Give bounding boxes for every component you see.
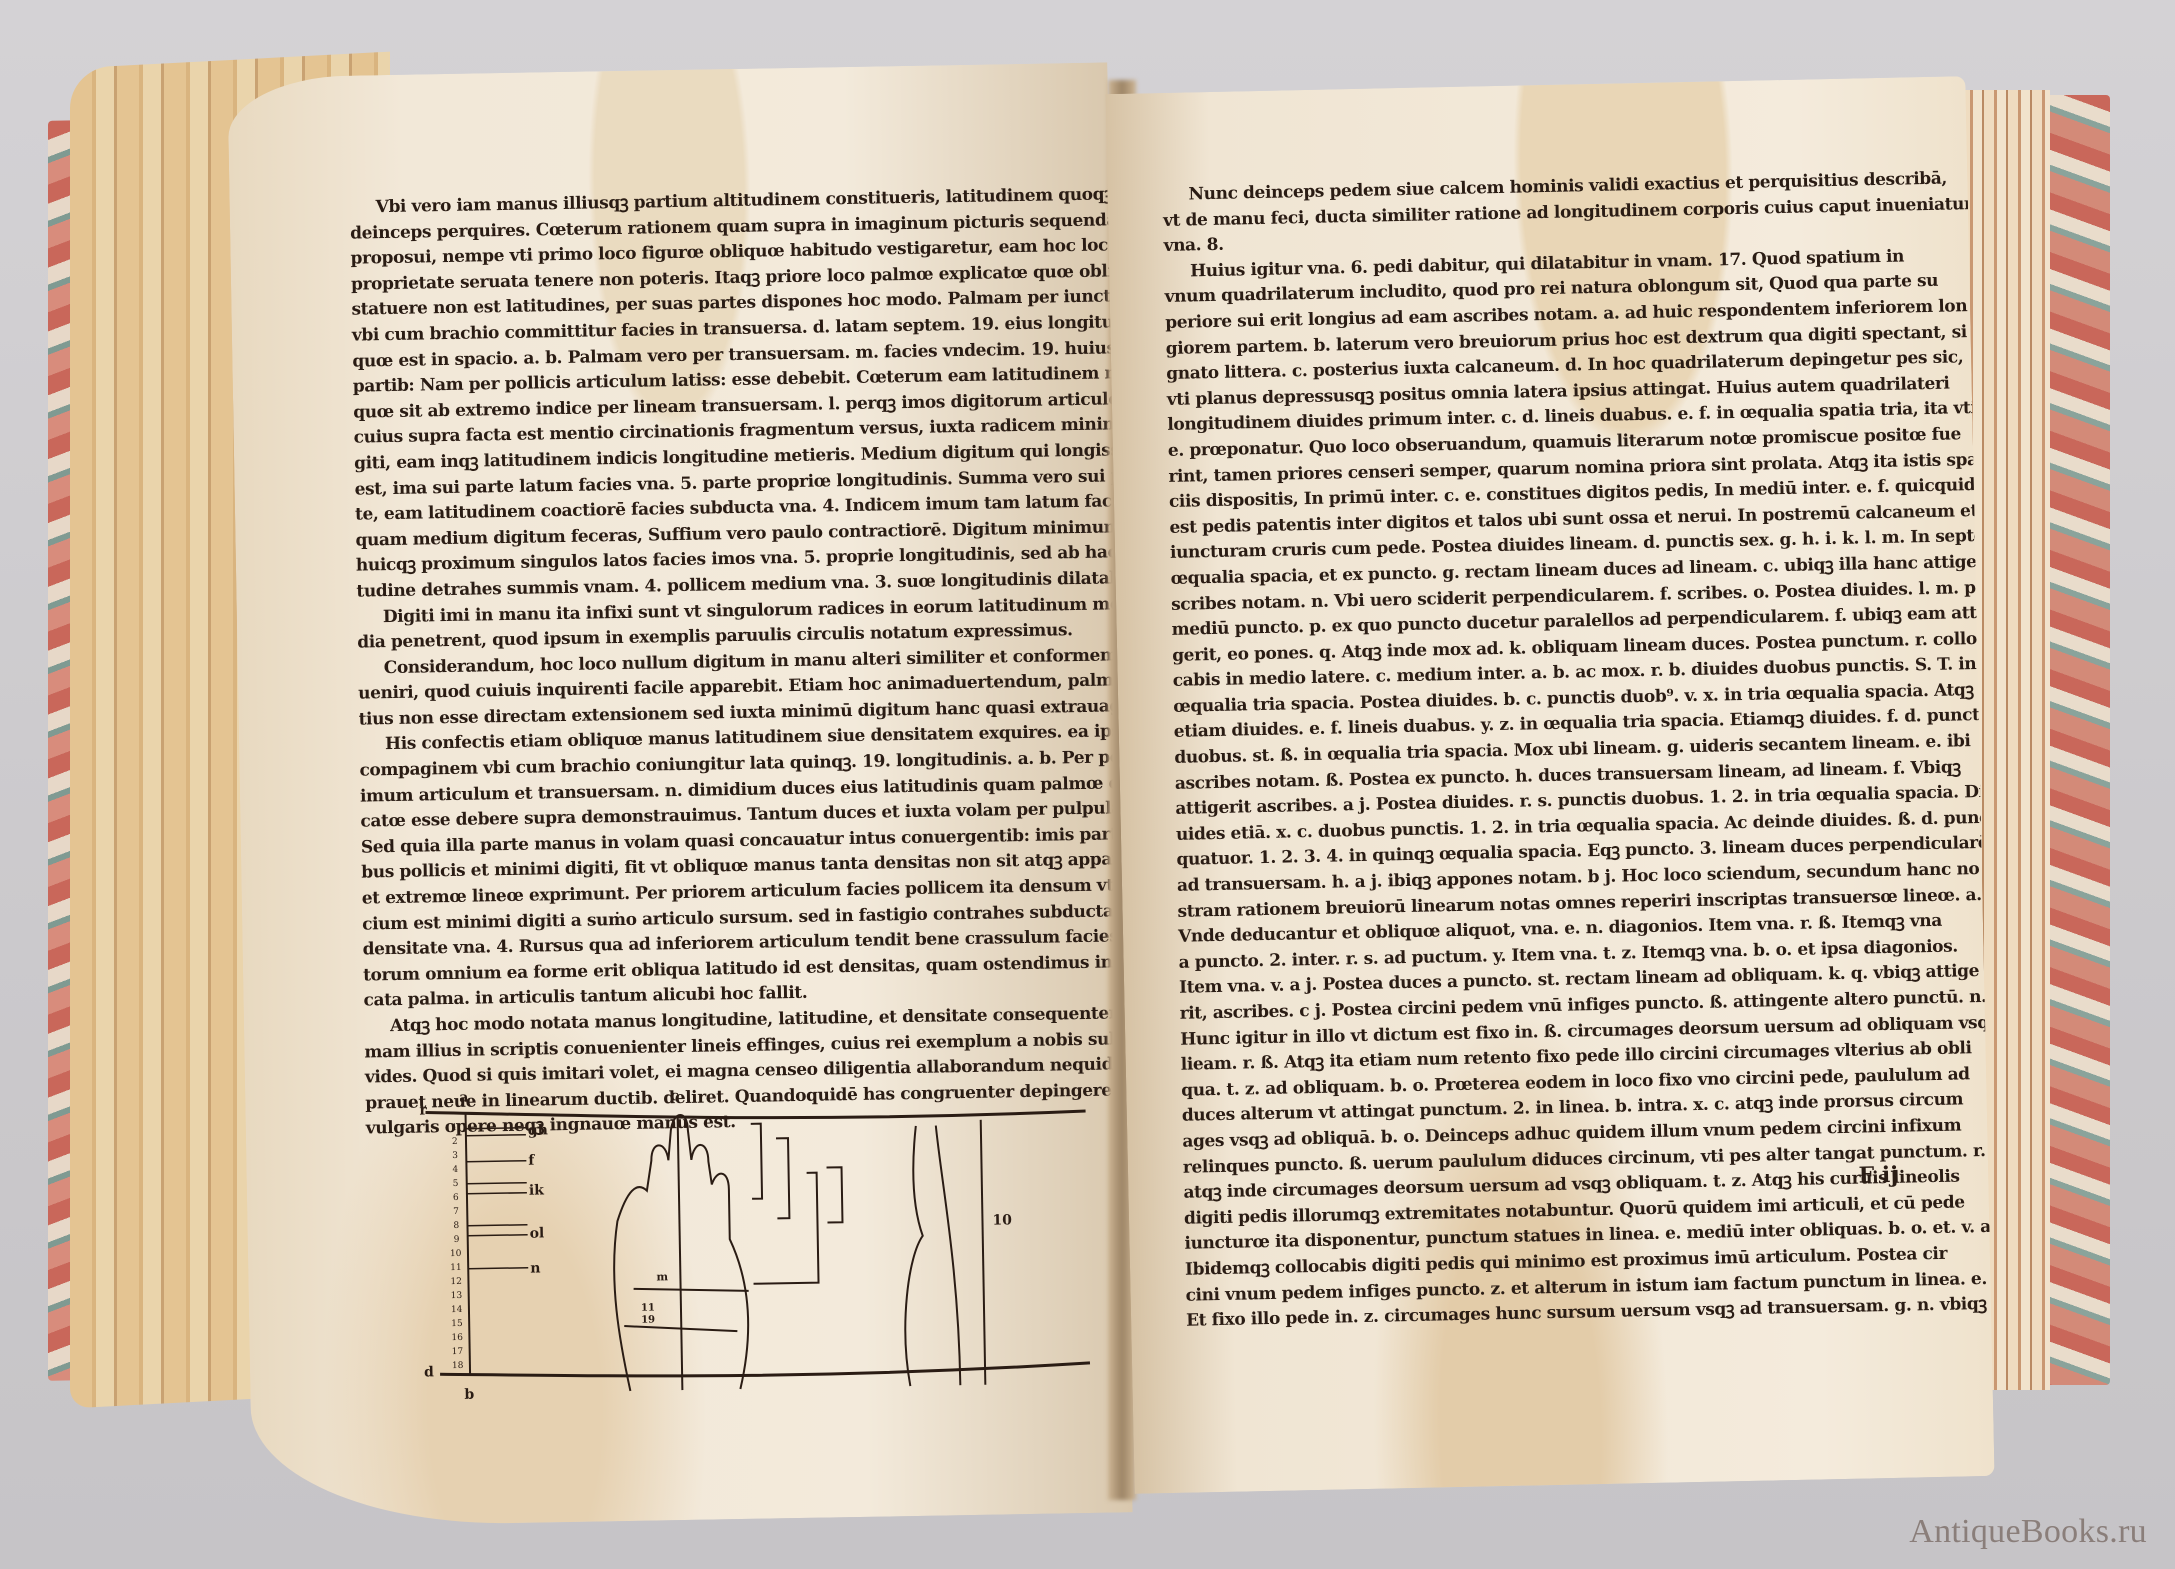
svg-text:10: 10 (992, 1212, 1012, 1228)
svg-text:11: 11 (641, 1303, 655, 1314)
svg-text:16: 16 (451, 1333, 463, 1343)
svg-text:ik: ik (529, 1182, 545, 1198)
figure-letter-d: d (424, 1364, 434, 1380)
svg-text:f: f (528, 1153, 535, 1169)
signature-mark: F ij (1858, 1162, 1898, 1189)
marbled-cover-right (2040, 95, 2110, 1385)
svg-text:9: 9 (454, 1235, 460, 1245)
svg-text:5: 5 (453, 1179, 459, 1189)
svg-text:11: 11 (450, 1263, 462, 1273)
figure-letter-a: a (459, 1090, 468, 1106)
svg-text:n: n (530, 1261, 540, 1277)
svg-text:8: 8 (453, 1221, 459, 1231)
svg-text:15: 15 (451, 1319, 463, 1329)
svg-text:18: 18 (452, 1361, 464, 1371)
svg-text:13: 13 (451, 1291, 463, 1301)
watermark: AntiqueBooks.ru (1909, 1513, 2147, 1551)
svg-text:gh: gh (528, 1122, 548, 1138)
svg-text:12: 12 (450, 1277, 462, 1287)
figure-letter-c: c (670, 1088, 679, 1104)
svg-text:1: 1 (452, 1123, 458, 1133)
svg-text:2: 2 (452, 1137, 458, 1147)
svg-text:4: 4 (452, 1165, 458, 1175)
svg-text:17: 17 (452, 1347, 464, 1357)
svg-text:3: 3 (452, 1151, 458, 1161)
svg-text:14: 14 (451, 1305, 463, 1315)
svg-text:7: 7 (453, 1207, 459, 1217)
left-page: Vbi vero iam manus illiusqꝫ partium alti… (227, 62, 1132, 1527)
svg-text:10: 10 (450, 1249, 462, 1259)
hand-proportion-woodcut: r a c d b gh f ik ol n m 11 19 10 123 45… (415, 1063, 1101, 1405)
svg-text:19: 19 (641, 1315, 655, 1326)
right-page-text: Nunc deinceps pedem siue calcem hominis … (1162, 167, 1946, 1334)
figure-letter-r: r (419, 1102, 427, 1118)
svg-text:m: m (656, 1270, 668, 1283)
svg-text:ol: ol (529, 1225, 544, 1241)
figure-letter-b: b (464, 1387, 474, 1403)
svg-text:6: 6 (453, 1193, 459, 1203)
right-page: Nunc deinceps pedem siue calcem hominis … (1105, 76, 1994, 1494)
left-page-text: Vbi vero iam manus illiusqꝫ partium alti… (349, 183, 1085, 1142)
